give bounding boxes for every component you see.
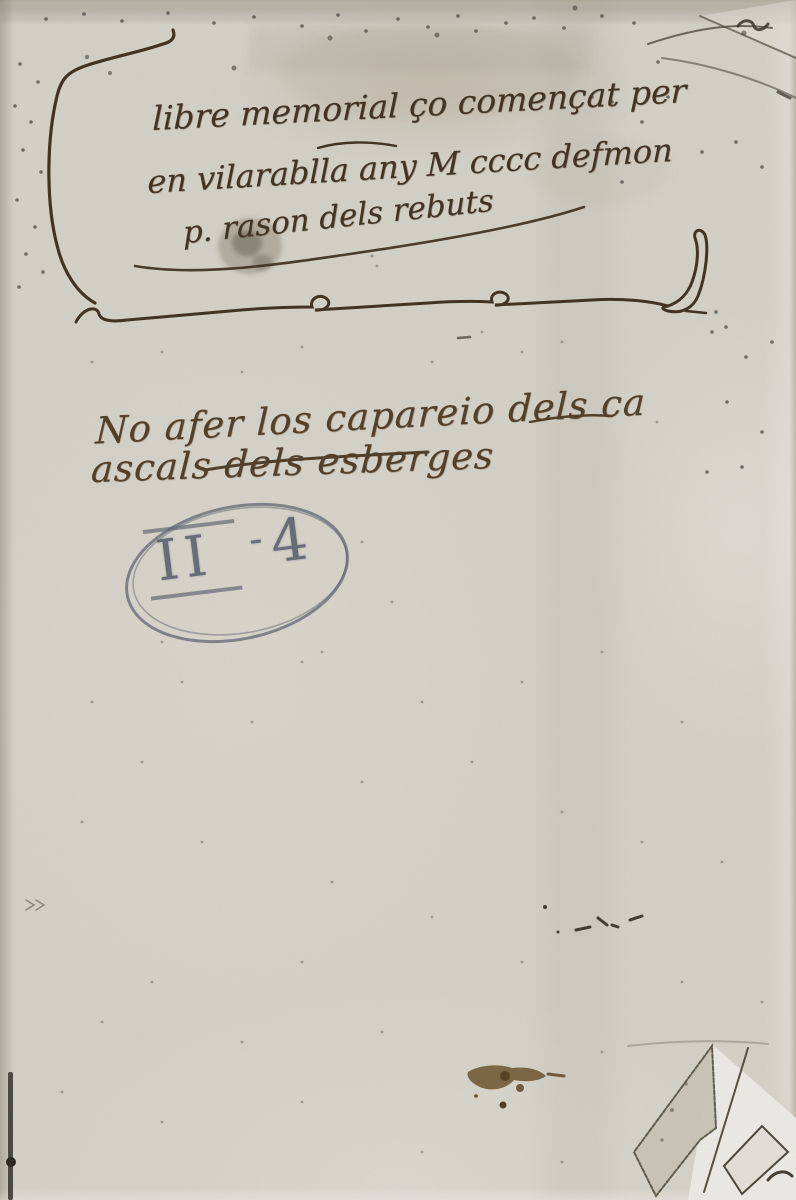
underline-flourish xyxy=(76,230,707,322)
brown-stain xyxy=(467,1065,564,1108)
faint-specks xyxy=(61,254,764,1163)
shelfmark-roman-numeral: II xyxy=(143,519,243,601)
paper-stains xyxy=(0,6,796,274)
shelfmark-dash: - xyxy=(246,516,265,563)
spine-edge-mark xyxy=(6,1072,16,1200)
manuscript-page: libre memorial ço començat per en vilara… xyxy=(0,0,796,1200)
shelfmark-number: 4 xyxy=(267,504,312,576)
corner-damage-bottom-right xyxy=(628,1041,796,1200)
